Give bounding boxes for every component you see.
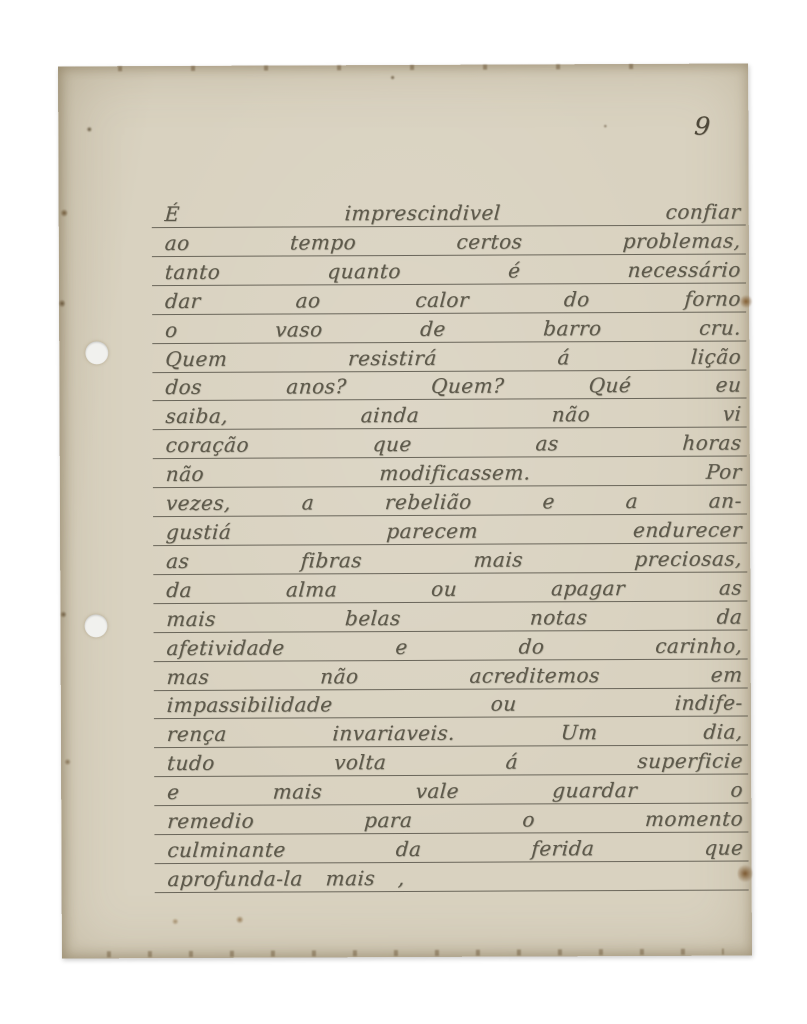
foxing-spot	[172, 918, 179, 925]
manuscript-line: mais belas notas da	[154, 601, 750, 633]
foxing-spot	[86, 126, 92, 132]
manuscript-line: tudo volta á superficie	[154, 746, 750, 778]
manuscript-page: 9 É imprescindivel confiarao tempo certo…	[58, 63, 752, 958]
page-number: 9	[693, 111, 711, 141]
foxing-spot	[603, 124, 607, 128]
foxing-spot	[61, 208, 68, 217]
punch-hole-top	[85, 341, 108, 364]
manuscript-line: afetividade e do carinho,	[154, 630, 750, 662]
ruled-lines: É imprescindivel confiarao tempo certos …	[153, 197, 750, 893]
edge-wear-top	[118, 64, 698, 72]
foxing-spot	[60, 610, 66, 618]
manuscript-line: e mais vale guardar o	[154, 775, 750, 807]
foxing-spot	[740, 294, 752, 308]
manuscript-line: mas não acreditemos em	[154, 659, 750, 691]
manuscript-line: tanto quanto é necessário	[152, 254, 748, 286]
manuscript-line: remedio para o momento	[154, 804, 750, 836]
manuscript-line: É imprescindivel confiar	[152, 197, 748, 229]
foxing-spot	[59, 298, 65, 308]
foxing-spot	[738, 863, 753, 883]
manuscript-line: coração que as horas	[153, 428, 749, 460]
foxing-spot	[64, 758, 71, 765]
manuscript-line: saiba, ainda não vi	[153, 399, 749, 431]
manuscript-line: culminante da ferida que	[155, 832, 751, 864]
edge-wear-bottom	[107, 949, 724, 958]
foxing-spot	[236, 916, 244, 924]
manuscript-line: as fibras mais preciosas,	[153, 543, 749, 575]
manuscript-line: o vaso de barro cru.	[152, 312, 748, 344]
manuscript-line: aprofunda-la mais ,	[155, 861, 751, 893]
foxing-spot	[390, 75, 395, 80]
manuscript-line: gustiá parecem endurecer	[153, 514, 749, 546]
manuscript-line: não modificassem. Por	[153, 457, 749, 489]
scan-background: 9 É imprescindivel confiarao tempo certo…	[0, 0, 807, 1024]
manuscript-line: ao tempo certos problemas,	[152, 225, 748, 257]
manuscript-line: rença invariaveis. Um dia,	[154, 717, 750, 749]
manuscript-line: Quem resistirá á lição	[152, 341, 748, 373]
manuscript-line: vezes, a rebelião e a an-	[153, 486, 749, 518]
manuscript-line: dar ao calor do forno	[152, 283, 748, 315]
manuscript-line: da alma ou apagar as	[153, 572, 749, 604]
manuscript-line: impassibilidade ou indife-	[154, 688, 750, 720]
manuscript-line: dos anos? Quem? Qué eu	[153, 370, 749, 402]
punch-hole-bottom	[84, 614, 107, 637]
